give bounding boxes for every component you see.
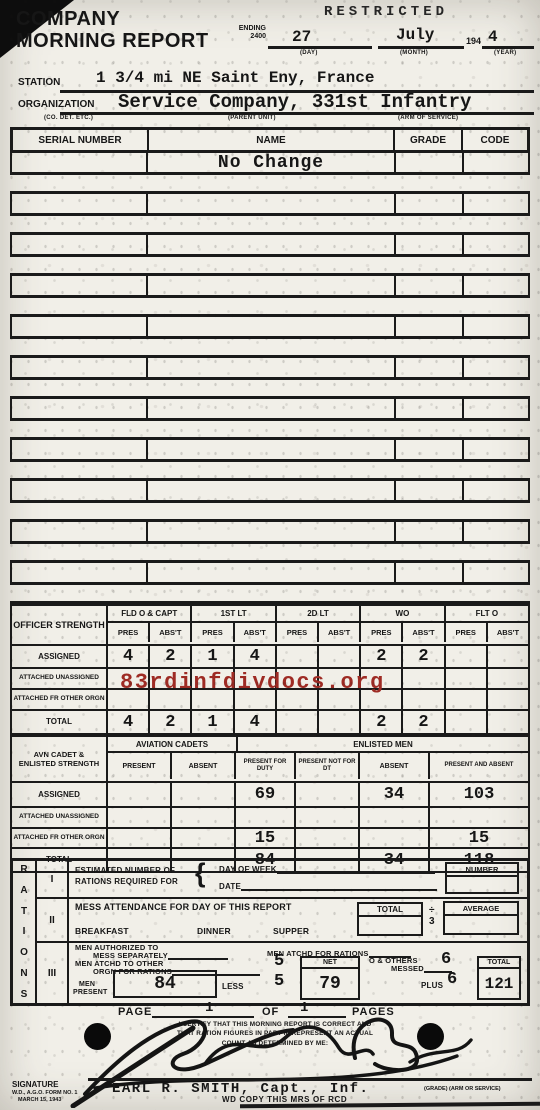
roster-row: [10, 563, 530, 585]
roster-cell-grade: [394, 235, 462, 254]
cadet-value: [108, 783, 170, 806]
officer-value: 2: [359, 711, 401, 733]
rations-letter: O: [20, 947, 28, 958]
cadet-value: 15: [234, 829, 294, 847]
roster-cell-code: [462, 276, 528, 295]
roster-cell-grade: [394, 522, 462, 541]
site-watermark: 83rdinfdivdocs.org: [120, 670, 385, 695]
roster-cell-name: [146, 358, 394, 377]
officer-value: [444, 669, 486, 688]
officer-row-label: ATTACHED FR OTHER ORGN: [12, 690, 108, 709]
officer-value: [486, 669, 528, 688]
cadet-value: 15: [428, 829, 528, 847]
average-box-value: [445, 916, 517, 933]
officer-value: 4: [108, 711, 148, 733]
average-box: AVERAGE: [443, 901, 519, 935]
officer-row-label: TOTAL: [12, 711, 108, 733]
rations-section-2: MESS ATTENDANCE FOR DAY OF THIS REPORT B…: [69, 899, 527, 943]
roster-row: [10, 317, 530, 339]
plus-value: 6: [447, 970, 457, 989]
divide-sign: ÷: [429, 905, 435, 916]
cadet-value: 34: [358, 783, 428, 806]
net-box: NET 79: [300, 956, 360, 1000]
rations-section-1: ESTIMATED NUMBER OF RATIONS REQUIRED FOR…: [69, 861, 527, 899]
roster-cell-grade: [394, 358, 462, 377]
officer-subheader: PRES: [108, 623, 148, 642]
roster-gap: [10, 380, 530, 399]
roster-cell-name: [146, 440, 394, 459]
roster-header-name: NAME: [147, 130, 393, 150]
divide-by-three: ÷ 3: [429, 905, 435, 927]
roster-cell-name: [146, 563, 394, 582]
date-day-line: [268, 46, 372, 49]
roster-cell-serial: [12, 563, 146, 582]
organization-value: Service Company, 331st Infantry: [118, 91, 471, 113]
roster-gap: [10, 216, 530, 235]
plus-label: PLUS: [421, 981, 443, 990]
officer-value: [486, 711, 528, 733]
officer-value: [401, 669, 443, 688]
ending-2400-label: ENDING 2400: [232, 25, 266, 42]
date-text: DATE: [219, 882, 241, 891]
date-month-label: (MONTH): [400, 50, 428, 56]
roster-gap: [10, 585, 530, 604]
date-month-line: [378, 46, 464, 49]
officer-value: [317, 711, 359, 733]
date-year-line: [482, 46, 534, 49]
rations-letter: A: [20, 885, 27, 896]
less-label: LESS: [222, 982, 244, 991]
officer-row-total: TOTAL 4 2 1 4 2 2: [12, 709, 528, 733]
number-box-value: [447, 877, 517, 892]
roster-cell-name: [146, 399, 394, 418]
supper-label: SUPPER: [273, 926, 309, 936]
roster-cell-serial: [12, 358, 146, 377]
org-sublabel-parent: (PARENT UNIT): [228, 115, 276, 121]
atchd-other-value: 5: [274, 952, 284, 971]
officer-value: 4: [233, 711, 275, 733]
rations-letter: N: [20, 968, 27, 979]
officer-row-assigned: ASSIGNED 4 2 1 4 2 2: [12, 644, 528, 667]
roster-row: [10, 358, 530, 380]
roster-cell-name: [146, 522, 394, 541]
morning-report-document: COMPANY MORNING REPORT RESTRICTED ENDING…: [0, 0, 540, 1110]
cadet-value: [294, 829, 358, 847]
cadet-row-label: ATTACHED FR OTHER ORGN: [12, 829, 108, 847]
less-value: 5: [274, 972, 284, 991]
officer-subheader: PRES: [444, 623, 486, 642]
roster-cell-code: [462, 481, 528, 500]
officer-value: 4: [108, 646, 148, 667]
net-box-label: NET: [302, 958, 358, 969]
roster-cell-code: [462, 440, 528, 459]
roster-gap: [10, 544, 530, 563]
cadet-corner-label: AVN CADET & ENLISTED STRENGTH: [12, 737, 108, 781]
breakfast-label: BREAKFAST: [75, 926, 129, 936]
rations-est-line1: ESTIMATED NUMBER OF: [75, 866, 175, 875]
roster-gap: [10, 462, 530, 481]
cadet-row-attached-unassigned: ATTACHED UNASSIGNED: [12, 806, 528, 827]
cadet-value: [234, 808, 294, 827]
date-blank: [241, 884, 437, 891]
cadet-enlisted-table: AVN CADET & ENLISTED STRENGTH AVIATION C…: [10, 735, 530, 873]
cadet-value: [294, 783, 358, 806]
roster-header-serial: SERIAL NUMBER: [13, 130, 147, 150]
roster-gap: [10, 175, 530, 194]
cadet-col-label: PRESENT AND ABSENT: [428, 753, 528, 779]
cadet-row-label: ATTACHED UNASSIGNED: [12, 808, 108, 827]
roster-cell-code: [462, 317, 528, 336]
cadet-value: [108, 808, 170, 827]
officer-row-label: ASSIGNED: [12, 646, 108, 667]
officer-subheader: PRES: [190, 623, 232, 642]
date-month-value: July: [396, 26, 434, 44]
officer-group-label: 2D LT: [275, 606, 359, 621]
cadet-col-label: ABSENT: [170, 753, 234, 779]
officer-subheader: ABS'T: [401, 623, 443, 642]
mess-separately-blank: [168, 953, 228, 960]
officer-value: 1: [190, 711, 232, 733]
roster-cell-grade: [394, 153, 462, 172]
roster-cell-serial: [12, 194, 146, 213]
cadet-col-label: PRESENT: [108, 753, 170, 779]
date-year-value: 4: [488, 28, 498, 46]
roster-row: [10, 440, 530, 462]
roster-cell-serial: [12, 399, 146, 418]
mess-total-label: TOTAL: [359, 904, 421, 917]
officer-value: [275, 711, 317, 733]
station-label: STATION: [18, 77, 60, 88]
cadet-value: [358, 829, 428, 847]
officer-subheader: ABS'T: [317, 623, 359, 642]
roster-cell-code: [462, 399, 528, 418]
ending-label: ENDING: [232, 25, 266, 33]
day-of-week-text: DAY OF WEEK: [219, 865, 277, 874]
roster-cell-grade: [394, 399, 462, 418]
rations-side-label: R A T I O N S: [13, 861, 37, 1003]
officer-strength-corner-label: OFFICER STRENGTH: [12, 606, 108, 644]
cadet-value: [358, 808, 428, 827]
officer-value: [275, 646, 317, 667]
ending-hour: 2400: [232, 33, 266, 41]
organization-label: ORGANIZATION: [18, 99, 94, 110]
officer-value: 2: [148, 711, 190, 733]
page-title-line1: COMPANY: [16, 8, 209, 30]
day-of-week-blank: [277, 867, 435, 874]
roster-row: [10, 399, 530, 421]
cadet-value: [170, 783, 234, 806]
roster-cell-serial: [12, 235, 146, 254]
officer-value: 2: [359, 646, 401, 667]
officer-value: 4: [233, 646, 275, 667]
roster-row: [10, 522, 530, 544]
date-day-label: (DAY): [300, 50, 318, 56]
roster-row: [10, 481, 530, 503]
roster-cell-serial: [12, 276, 146, 295]
rations-total-box: TOTAL 121: [477, 956, 521, 1000]
roster-cell-code: [462, 153, 528, 172]
roster-cell-grade: [394, 317, 462, 336]
rations-section-3: MEN AUTHORIZED TO MESS SEPARATELY MEN AT…: [69, 943, 527, 1003]
cadet-row-assigned: ASSIGNED 69 34 103: [12, 781, 528, 806]
cadet-col-label: ABSENT: [358, 753, 428, 779]
number-box: NUMBER: [445, 862, 519, 894]
roster-gap: [10, 257, 530, 276]
roster-row: [10, 235, 530, 257]
cadet-row-attached-other: ATTACHED FR OTHER ORGN 15 15: [12, 827, 528, 847]
officer-value: [444, 711, 486, 733]
roster-cell-serial: [12, 440, 146, 459]
cadet-value: 69: [234, 783, 294, 806]
officer-value: [317, 646, 359, 667]
cadet-row-label: ASSIGNED: [12, 783, 108, 806]
roster-cell-name: [146, 235, 394, 254]
roster-cell-code: [462, 235, 528, 254]
rations-letter: S: [21, 989, 28, 1000]
cadet-value: [428, 808, 528, 827]
org-sublabel-unit: (CO. DET. ETC.): [44, 115, 93, 121]
mess-total-value: [359, 917, 421, 934]
rations-est-line2: RATIONS REQUIRED FOR: [75, 877, 178, 886]
others-messed-value: 6: [441, 950, 451, 969]
roster-cell-serial: [12, 153, 146, 172]
cadet-value: [170, 829, 234, 847]
cadet-col-label: PRESENT NOT FOR DT: [294, 753, 358, 779]
roster-row: [10, 194, 530, 216]
dinner-label: DINNER: [197, 926, 231, 936]
roster-gap: [10, 298, 530, 317]
officer-subheader: PRES: [275, 623, 317, 642]
officer-value: [444, 690, 486, 709]
roster-header-grade: GRADE: [393, 130, 461, 150]
enlisted-group-label: ENLISTED MEN: [236, 737, 528, 751]
men-present-line2: PRESENT: [73, 989, 107, 996]
cadet-value: [294, 808, 358, 827]
date-year-label: (YEAR): [494, 50, 516, 56]
roster-gap: [10, 503, 530, 522]
date-label: DATE: [219, 882, 437, 891]
roster-header-row: SERIAL NUMBER NAME GRADE CODE: [10, 127, 530, 153]
roster-cell-name: [146, 276, 394, 295]
officer-subheader: ABS'T: [148, 623, 190, 642]
officer-subheader: PRES: [359, 623, 401, 642]
mess-total-box: TOTAL: [357, 902, 423, 936]
officer-value: [401, 690, 443, 709]
cadet-value: [108, 829, 170, 847]
officer-group-label: FLD O & CAPT: [108, 606, 190, 621]
page-title: COMPANY MORNING REPORT: [16, 8, 209, 53]
roster-cell-serial: [12, 522, 146, 541]
officer-value: 1: [190, 646, 232, 667]
roster-cell-grade: [394, 194, 462, 213]
men-present-box: 84: [113, 970, 217, 998]
officer-row-label: ATTACHED UNASSIGNED: [12, 669, 108, 688]
net-box-value: 79: [302, 969, 358, 998]
officer-value: 2: [401, 711, 443, 733]
roster-cell-code: [462, 522, 528, 541]
roster-cell-grade: [394, 481, 462, 500]
officer-value: [444, 646, 486, 667]
form-id-line2: MARCH 15, 1943: [18, 1097, 61, 1103]
date-day-value: 27: [292, 28, 311, 46]
rations-numeral-2: II: [37, 899, 67, 943]
form-id-line1: W.D., A.G.O. FORM NO. 1: [12, 1090, 78, 1096]
roster-cell-code: [462, 563, 528, 582]
classification-stamp: RESTRICTED: [324, 4, 448, 20]
org-sublabel-service: (ARM OF SERVICE): [398, 115, 458, 121]
rations-letter: T: [21, 906, 27, 917]
roster-cell-grade: [394, 563, 462, 582]
men-present-line1: MEN: [79, 981, 95, 988]
roster-cell-grade: [394, 440, 462, 459]
rations-numeral-3: III: [37, 943, 67, 1003]
divide-by-value: 3: [429, 916, 435, 927]
page-title-line2: MORNING REPORT: [16, 30, 209, 52]
roster-cell-name: [146, 194, 394, 213]
roster-table: SERIAL NUMBER NAME GRADE CODE No Change: [10, 127, 530, 604]
cadet-value: [170, 808, 234, 827]
officer-subheader: ABS'T: [486, 623, 528, 642]
signature-label: SIGNATURE: [12, 1080, 59, 1089]
officer-group-label: FLT O: [444, 606, 528, 621]
rations-numerals: I II III: [37, 861, 69, 1003]
roster-cell-name: [146, 317, 394, 336]
roster-row: No Change: [10, 153, 530, 175]
grade-service-label: (GRADE) (ARM OR SERVICE): [424, 1086, 501, 1092]
average-box-label: AVERAGE: [445, 903, 517, 916]
officer-group-label: WO: [359, 606, 443, 621]
number-box-label: NUMBER: [447, 864, 517, 877]
roster-header-code: CODE: [461, 130, 527, 150]
rations-total-label: TOTAL: [479, 958, 519, 969]
officer-group-label: 1ST LT: [190, 606, 274, 621]
others-messed-text: MESSED: [391, 964, 424, 973]
rations-numeral-1: I: [37, 861, 67, 899]
brace-icon: {: [195, 858, 206, 889]
cadet-col-label: PRESENT FOR DUTY: [234, 753, 294, 779]
officer-subheader: ABS'T: [233, 623, 275, 642]
officer-value: 2: [148, 646, 190, 667]
roster-cell-code: [462, 194, 528, 213]
roster-gap: [10, 339, 530, 358]
officer-value: 2: [401, 646, 443, 667]
roster-cell-grade: [394, 276, 462, 295]
cadet-value: 103: [428, 783, 528, 806]
roster-cell-code: [462, 358, 528, 377]
men-present-value: 84: [115, 972, 215, 996]
officer-value: [486, 690, 528, 709]
roster-cell-name: No Change: [146, 153, 394, 172]
rations-letter: I: [23, 926, 26, 937]
rations-total-value: 121: [479, 969, 519, 998]
rations-section: R A T I O N S I II III ESTIMATED NUMBER …: [10, 858, 530, 1006]
roster-cell-name: [146, 481, 394, 500]
roster-cell-serial: [12, 317, 146, 336]
year-prefix: 194: [466, 36, 481, 46]
roster-gap: [10, 421, 530, 440]
roster-row: [10, 276, 530, 298]
mess-attendance-title: MESS ATTENDANCE FOR DAY OF THIS REPORT: [75, 902, 292, 912]
cadet-group-label: AVIATION CADETS: [108, 737, 236, 751]
station-value: 1 3/4 mi NE Saint Eny, France: [96, 69, 374, 87]
rations-letter: R: [20, 864, 27, 875]
day-of-week-label: DAY OF WEEK: [219, 865, 435, 874]
roster-cell-serial: [12, 481, 146, 500]
officer-value: [486, 646, 528, 667]
organization-line: [60, 112, 534, 115]
